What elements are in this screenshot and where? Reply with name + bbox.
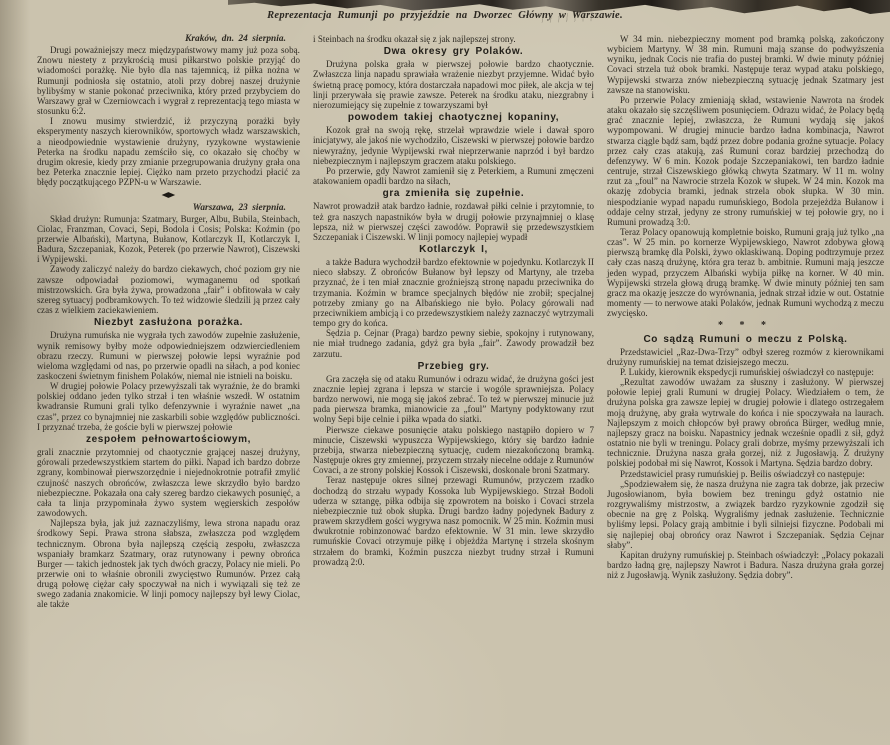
paragraph: Po przerwie Polacy zmieniają skład, wsta… xyxy=(607,95,884,227)
paragraph: Po przerwie, gdy Nawrot zamienił się z P… xyxy=(313,166,594,186)
article-columns: Kraków, dn. 24 sierpnia.Drugi poważniejs… xyxy=(37,34,885,610)
diamond-ornament: ◆ xyxy=(0,190,484,200)
paragraph: Kozok grał na swoją rękę, strzelał wpraw… xyxy=(313,125,594,166)
paragraph: W drugiej połowie Polacy przewyższali ta… xyxy=(37,381,300,432)
paragraph: Sędzia p. Cejnar (Praga) bardzo pewny si… xyxy=(313,328,594,358)
paragraph: Gra zaczęła się od ataku Rumunów i odraz… xyxy=(313,374,594,425)
photo-caption: Reprezentacja Rumunji po przyjeździe na … xyxy=(0,10,890,21)
dateline: Warszawa, 23 sierpnia. xyxy=(37,203,300,213)
paragraph: a także Badura wychodził bardzo efektown… xyxy=(313,257,594,328)
section-heading: powodem takiej chaotycznej kopaniny, xyxy=(313,113,594,123)
section-heading: Kotlarczyk I, xyxy=(313,245,594,255)
paragraph: W 34 min. niebezpieczny moment pod bramk… xyxy=(607,34,884,95)
asterisk-divider: * * * xyxy=(607,321,884,331)
paragraph: Przedstawiciel „Raz-Dwa-Trzy” odbył szer… xyxy=(607,347,884,367)
section-heading: zespołem pełnowartościowym, xyxy=(37,435,300,445)
paragraph: Przedstawiciel prasy rumuńskiej p. Beili… xyxy=(607,469,884,479)
paragraph: Drużyna rumuńska nie wygrała tych zawodó… xyxy=(37,330,300,381)
section-heading: Co sądzą Rumuni o meczu z Polską. xyxy=(607,335,884,345)
paragraph: „Spodziewałem się, że nasza drużyna nie … xyxy=(607,479,884,550)
column-3: W 34 min. niebezpieczny moment pod bramk… xyxy=(607,34,884,580)
paragraph: I znowu musimy stwierdzić, iż przyczyną … xyxy=(37,116,300,187)
section-heading: Przebieg gry. xyxy=(313,362,594,372)
paragraph: Zawody zaliczyć należy do bardzo ciekawy… xyxy=(37,264,300,315)
paragraph: „Rezultat zawodów uważam za słuszny i za… xyxy=(607,377,884,468)
paragraph: i Steinbach na środku okazał się z jak n… xyxy=(313,34,594,44)
paragraph: Kapitan drużyny rumuńskiej p. Steinbach … xyxy=(607,550,884,580)
paragraph: Teraz Polacy opanowują kompletnie boisko… xyxy=(607,227,884,318)
section-heading: Dwa okresy gry Polaków. xyxy=(313,47,594,57)
column-2: i Steinbach na środku okazał się z jak n… xyxy=(313,34,594,567)
paragraph: Teraz następuje okres silnej przewagi Ru… xyxy=(313,475,594,566)
paragraph: P. Lukidy, kierownik ekspedycji rumuński… xyxy=(607,367,884,377)
paragraph: Pierwsze ciekawe posunięcie ataku polski… xyxy=(313,425,594,476)
column-1: Kraków, dn. 24 sierpnia.Drugi poważniejs… xyxy=(37,34,300,610)
paragraph: Najlepsza była, jak już zaznaczyliśmy, l… xyxy=(37,518,300,609)
dateline: Kraków, dn. 24 sierpnia. xyxy=(37,34,300,44)
paragraph: Drugi poważniejszy mecz międzypaństwowy … xyxy=(37,45,300,116)
section-heading: Niezbyt zasłużona porażka. xyxy=(37,318,300,328)
paragraph: Nawrot prowadził atak bardzo ładnie, roz… xyxy=(313,201,594,242)
paragraph: Skład drużyn: Rumunja: Szatmary, Burger,… xyxy=(37,214,300,265)
paragraph: grali znacznie przytomniej od chaotyczni… xyxy=(37,447,300,518)
paragraph: Drużyna polska grała w pierwszej połowie… xyxy=(313,59,594,110)
